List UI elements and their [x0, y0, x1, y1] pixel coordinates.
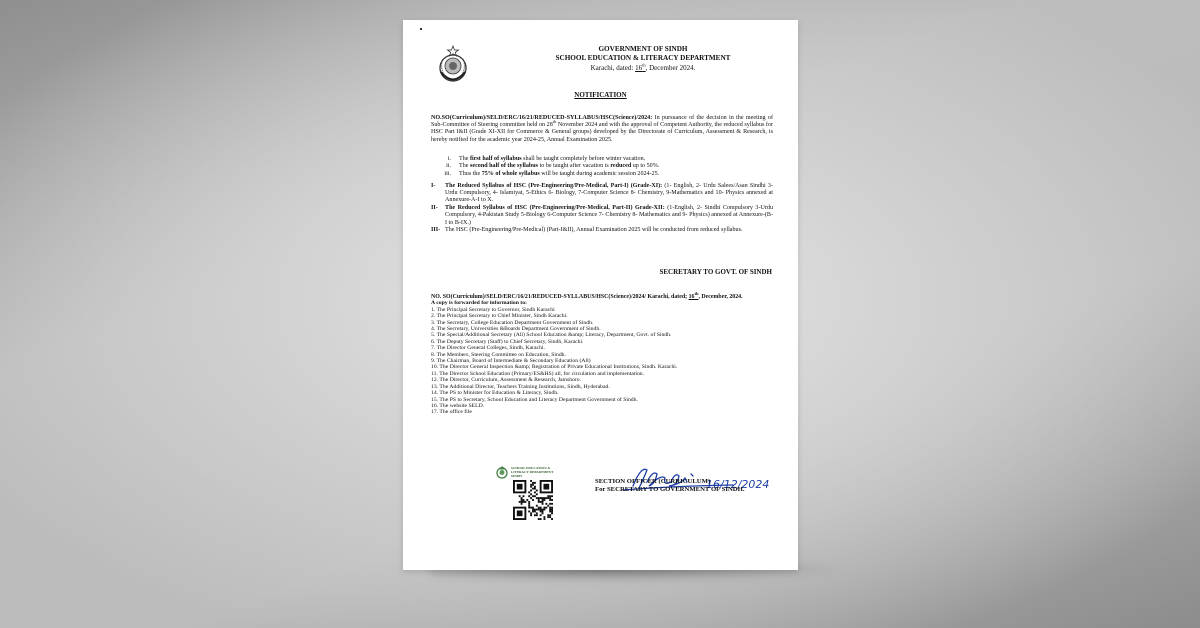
section-officer-block: SECTION OFFICER (CURRICULUM) For SECRETA… [595, 478, 745, 494]
letterhead: GOVERNMENT OF SINDH SCHOOL EDUCATION & L… [523, 45, 763, 73]
scan-speck [420, 28, 422, 30]
section-officer-title: SECTION OFFICER (CURRICULUM) [595, 478, 745, 486]
list-item: I-The Reduced Syllabus of HSC (Pre-Engin… [431, 183, 773, 205]
letterhead-line2: SCHOOL EDUCATION & LITERACY DEPARTMENT [523, 54, 763, 63]
notification-document: GOVERNMENT OF SINDH SCHOOL EDUCATION & L… [403, 20, 798, 570]
list-item: iii.Thus the 75% of whole syllabus will … [431, 171, 773, 178]
list-item: 17. The office file [431, 409, 776, 415]
list-item: II-The Reduced Syllabus of HSC (Pre-Engi… [431, 205, 773, 227]
list-item: III-The HSC (Pre-Engineering/Pre-Medical… [431, 227, 773, 234]
qr-code-icon[interactable] [513, 480, 553, 520]
sindh-government-seal-icon [435, 45, 471, 85]
department-logo-icon [496, 465, 508, 479]
recipient-list: 1. The Principal Secretary to Governor, … [431, 307, 776, 416]
notification-title: NOTIFICATION [403, 91, 798, 99]
secretary-signature-line: SECRETARY TO GOVT. OF SINDH [660, 268, 773, 276]
notification-paragraph: NO.SO(Curriculum)/SELD/ERC/16/21/REDUCED… [431, 115, 773, 144]
department-logo-text: SCHOOL EDUCATION & LITERACY DEPARTMENT S… [511, 467, 553, 478]
letterhead-line1: GOVERNMENT OF SINDH [523, 45, 763, 54]
letterhead-date: Karachi, dated: 16th, December 2024. [523, 64, 763, 73]
for-secretary-line: For SECRETARY TO GOVERNMENT OF SINDH. [595, 486, 745, 494]
syllabus-schedule-list: i.The first half of syllabus shall be ta… [431, 156, 773, 178]
verification-qr-block: SCHOOL EDUCATION & LITERACY DEPARTMENT S… [496, 465, 576, 525]
notification-ref: NO.SO(Curriculum)/SELD/ERC/16/21/REDUCED… [431, 115, 652, 121]
reduced-syllabus-points: I-The Reduced Syllabus of HSC (Pre-Engin… [431, 183, 773, 235]
copy-forwarded-section: NO. SO(Curriculum)/SELD/ERC/16/21/REDUCE… [431, 294, 776, 416]
list-item: ii.The second half of the syllabus to be… [431, 163, 773, 170]
